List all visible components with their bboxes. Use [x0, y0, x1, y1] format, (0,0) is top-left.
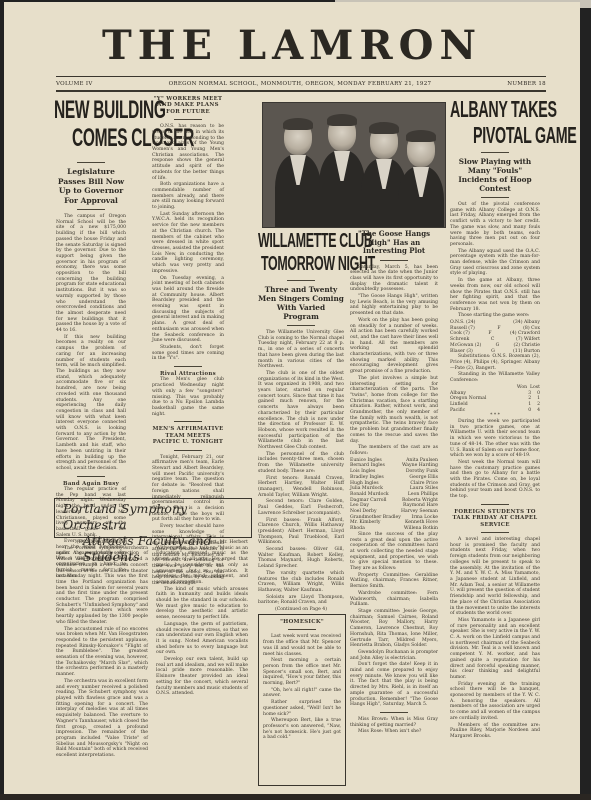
headline: Portland Symphony Orchestra [63, 501, 251, 533]
dateline: OREGON NORMAL SCHOOL, MONMOUTH, OREGON, … [169, 81, 432, 87]
volume-label: VOLUME IV [56, 81, 93, 87]
divider [77, 476, 105, 477]
paragraph: During the week we participated in two p… [450, 419, 540, 459]
article-symphony-col1: (By Margaret Simms) The Portland symphon… [56, 540, 148, 760]
paragraph: Next week the Normal team will have the … [450, 460, 540, 500]
paragraph: Miss Yamamoto is a Japanese girl of rare… [450, 618, 540, 681]
paragraph: Substitutions: O.N.S. Bozeman (2), Price… [450, 354, 540, 371]
paragraph: Stage committee: Jessie George, chairman… [350, 609, 438, 649]
paragraph: Develop our own talent, build up real ar… [156, 657, 248, 697]
issue-number: NUMBER 18 [507, 81, 546, 87]
headline: "The Goose Hangs High" Has an Interestin… [350, 230, 438, 256]
paragraph: The kind of music which arouses faith in… [156, 587, 248, 621]
scan-edge [0, 794, 591, 800]
headline: PIVOTAL GAME [473, 122, 515, 148]
photo-person [319, 117, 365, 228]
paragraph: Last week word was received from the off… [263, 634, 341, 657]
paragraph: Students, don't forget some good times a… [152, 345, 224, 362]
article-symphony-col2: Preceding the concert, Mr. Herbert Withe… [156, 540, 248, 698]
divider [380, 712, 408, 713]
paragraph: Both organizations have a commendable nu… [152, 182, 224, 211]
paragraph: The Men's glee club practiced Wednesday … [152, 377, 224, 417]
paragraph: If this new building becomes a reality o… [56, 335, 126, 472]
paragraph: Second tenors: Clare Golden, Paul Geddes… [258, 499, 344, 516]
divider [77, 209, 105, 210]
headline: "HOMESICK" [263, 619, 341, 625]
paragraph: Work on the play has been going on stead… [350, 318, 438, 375]
paragraph: The members of the cast are as follows: [350, 445, 438, 456]
paragraph: In the game at Albany, three weeks from … [450, 278, 540, 312]
paragraph: "The Goose Hangs High", written by Lewis… [350, 294, 438, 317]
paragraph: Property Committee: Geraldine Watling, c… [350, 573, 438, 590]
headline: TOMORROW NIGHT [261, 253, 312, 276]
joke-line: Miss Brown: When is Miss Gray thinking o… [350, 717, 438, 728]
paragraph: Next morning a certain person from the o… [263, 658, 341, 687]
divider [288, 629, 316, 630]
divider [174, 450, 202, 451]
glee-club-quartet-photo [262, 102, 446, 228]
headline: FOREIGN STUDENTS TO TALK FRIDAY AT CHAPE… [450, 509, 540, 528]
newspaper-page: THE LAMRON VOLUME IV OREGON NORMAL SCHOO… [4, 2, 580, 800]
paragraph: Saturday, March 5, has been selected as … [350, 265, 438, 294]
continued-note: (Continued on Page 4) [258, 607, 344, 613]
divider [174, 366, 202, 367]
divider [481, 532, 509, 533]
dateline-bar: VOLUME IV OREGON NORMAL SCHOOL, MONMOUTH… [56, 81, 546, 87]
paragraph: Preceding the concert, Mr. Herbert Withe… [156, 540, 248, 586]
divider [481, 152, 509, 153]
photo-person [275, 121, 321, 228]
paragraph: The Portland symphony orchestra under th… [56, 546, 148, 626]
paragraph: The orchestra was in excellent form and … [56, 679, 148, 759]
paragraph: Whereupon Bert, like a true professor's … [263, 718, 341, 741]
paragraph: Wardrobe committee: Fern Wadsworth, chai… [350, 591, 438, 608]
paragraph: Don't forget the date! Keep it in mind a… [350, 662, 438, 708]
masthead-rule [56, 76, 546, 77]
headline: NEW BUILDING [54, 96, 99, 124]
paragraph: Soloists are Lloyd Thompson, baritone; R… [258, 595, 344, 606]
paragraph: Since the success of the play rests a gr… [350, 532, 438, 572]
paragraph: Those starting the game were: [450, 313, 540, 319]
paragraph: Last Sunday afternoon the Y.W.C.A. held … [152, 212, 224, 275]
divider [287, 325, 315, 326]
standings-table: Albany3 0Oregon Normal2 1Linfield1 2Paci… [450, 391, 540, 414]
article-new-building: NEW BUILDING COMES CLOSER [54, 96, 126, 152]
subhead: Legislature Passes Bill Now Up to Govern… [56, 167, 126, 205]
article-willamette-club: WILLAMETTE CLUB TOMORROW NIGHT Three and… [258, 230, 344, 613]
lineup-table: Russell (7)F(8) CoxCook (7)F(4) Crawford… [450, 326, 540, 355]
headline: MEN'S AFFIRMATIVE TEAM MEETS PACIFIC U. … [152, 426, 224, 445]
paragraph: Members of the committee are: Pauline Ri… [450, 723, 540, 740]
divider [77, 162, 105, 163]
paragraph: The campus of Oregon Normal School will … [56, 214, 126, 334]
paragraph: The plot involves a simple but interesti… [350, 376, 438, 444]
divider [287, 280, 315, 281]
divider [481, 504, 509, 505]
paragraph: First tenors: Ronald Craven, Herbert Har… [258, 476, 344, 499]
paragraph: The Willamette University Glee Club is c… [258, 330, 344, 370]
masthead-title: THE LAMRON [4, 22, 580, 69]
paragraph: The personnel of the club includes twent… [258, 452, 344, 475]
subhead: Three and Twenty Men Singers Coming With… [258, 285, 344, 321]
paragraph: Language, the germ of patriotism, should… [156, 622, 248, 656]
dateline-rule [56, 90, 546, 92]
paragraph: Friday evening at the training school th… [450, 682, 540, 722]
paragraph: Gwendolyn Buchanan is prompter and John … [350, 650, 438, 661]
paragraph: Out of the pivotal conference game with … [450, 202, 540, 248]
paragraph: On Tuesday evening, a joint meeting of b… [152, 276, 224, 344]
headline: COMES CLOSER [72, 124, 105, 152]
paragraph: First basses: Frank Alford, Clarence Chu… [258, 518, 344, 547]
headline: WILLAMETTE CLUB [258, 230, 311, 253]
subhead: Slow Playing with Many "Fouls" Incidents… [450, 157, 540, 193]
paragraph: O.N.S. has reason to be proud of the way… [152, 124, 224, 181]
paragraph: The Albany squad used the O.A.C. percent… [450, 249, 540, 278]
paragraph: The varsity quartette which features the… [258, 571, 344, 594]
symphony-headline-box: Portland Symphony Orchestra Attracts Fac… [54, 498, 252, 538]
paragraph: A novel and interesting chapel hour is p… [450, 537, 540, 617]
divider [380, 260, 408, 261]
headline: "Y" WORKERS MEET AND MAKE PLANS FOR FUTU… [152, 96, 224, 115]
headline: ALBANY TAKES [450, 96, 506, 122]
joke-line: Miss Rose: When isn't she? [350, 729, 438, 735]
paragraph: Second basses: Oliver Gill, Walter Kaufm… [258, 547, 344, 570]
paragraph: The club is one of the oldest organizati… [258, 371, 344, 451]
paragraph: The accustomed rule of no encores was br… [56, 627, 148, 678]
photo-person [398, 133, 444, 228]
article-albany: ALBANY TAKES PIVOTAL GAME Slow Playing w… [450, 96, 540, 741]
paragraph: "Oh, he's all right!" came the answer. [263, 688, 341, 699]
divider [481, 197, 509, 198]
divider [174, 119, 202, 120]
cast-list: Eunice InglesAnita PaulsenBernard Ingles… [350, 458, 438, 532]
divider [174, 421, 202, 422]
article-goose-hangs-high: "The Goose Hangs High" Has an Interestin… [350, 230, 438, 736]
paragraph: Rather surprised the questioner asked, "… [263, 700, 341, 717]
homesick-box: "HOMESICK" Last week word was received f… [258, 614, 346, 786]
paragraph: Standing in the Willamette Valley Confer… [450, 372, 540, 383]
